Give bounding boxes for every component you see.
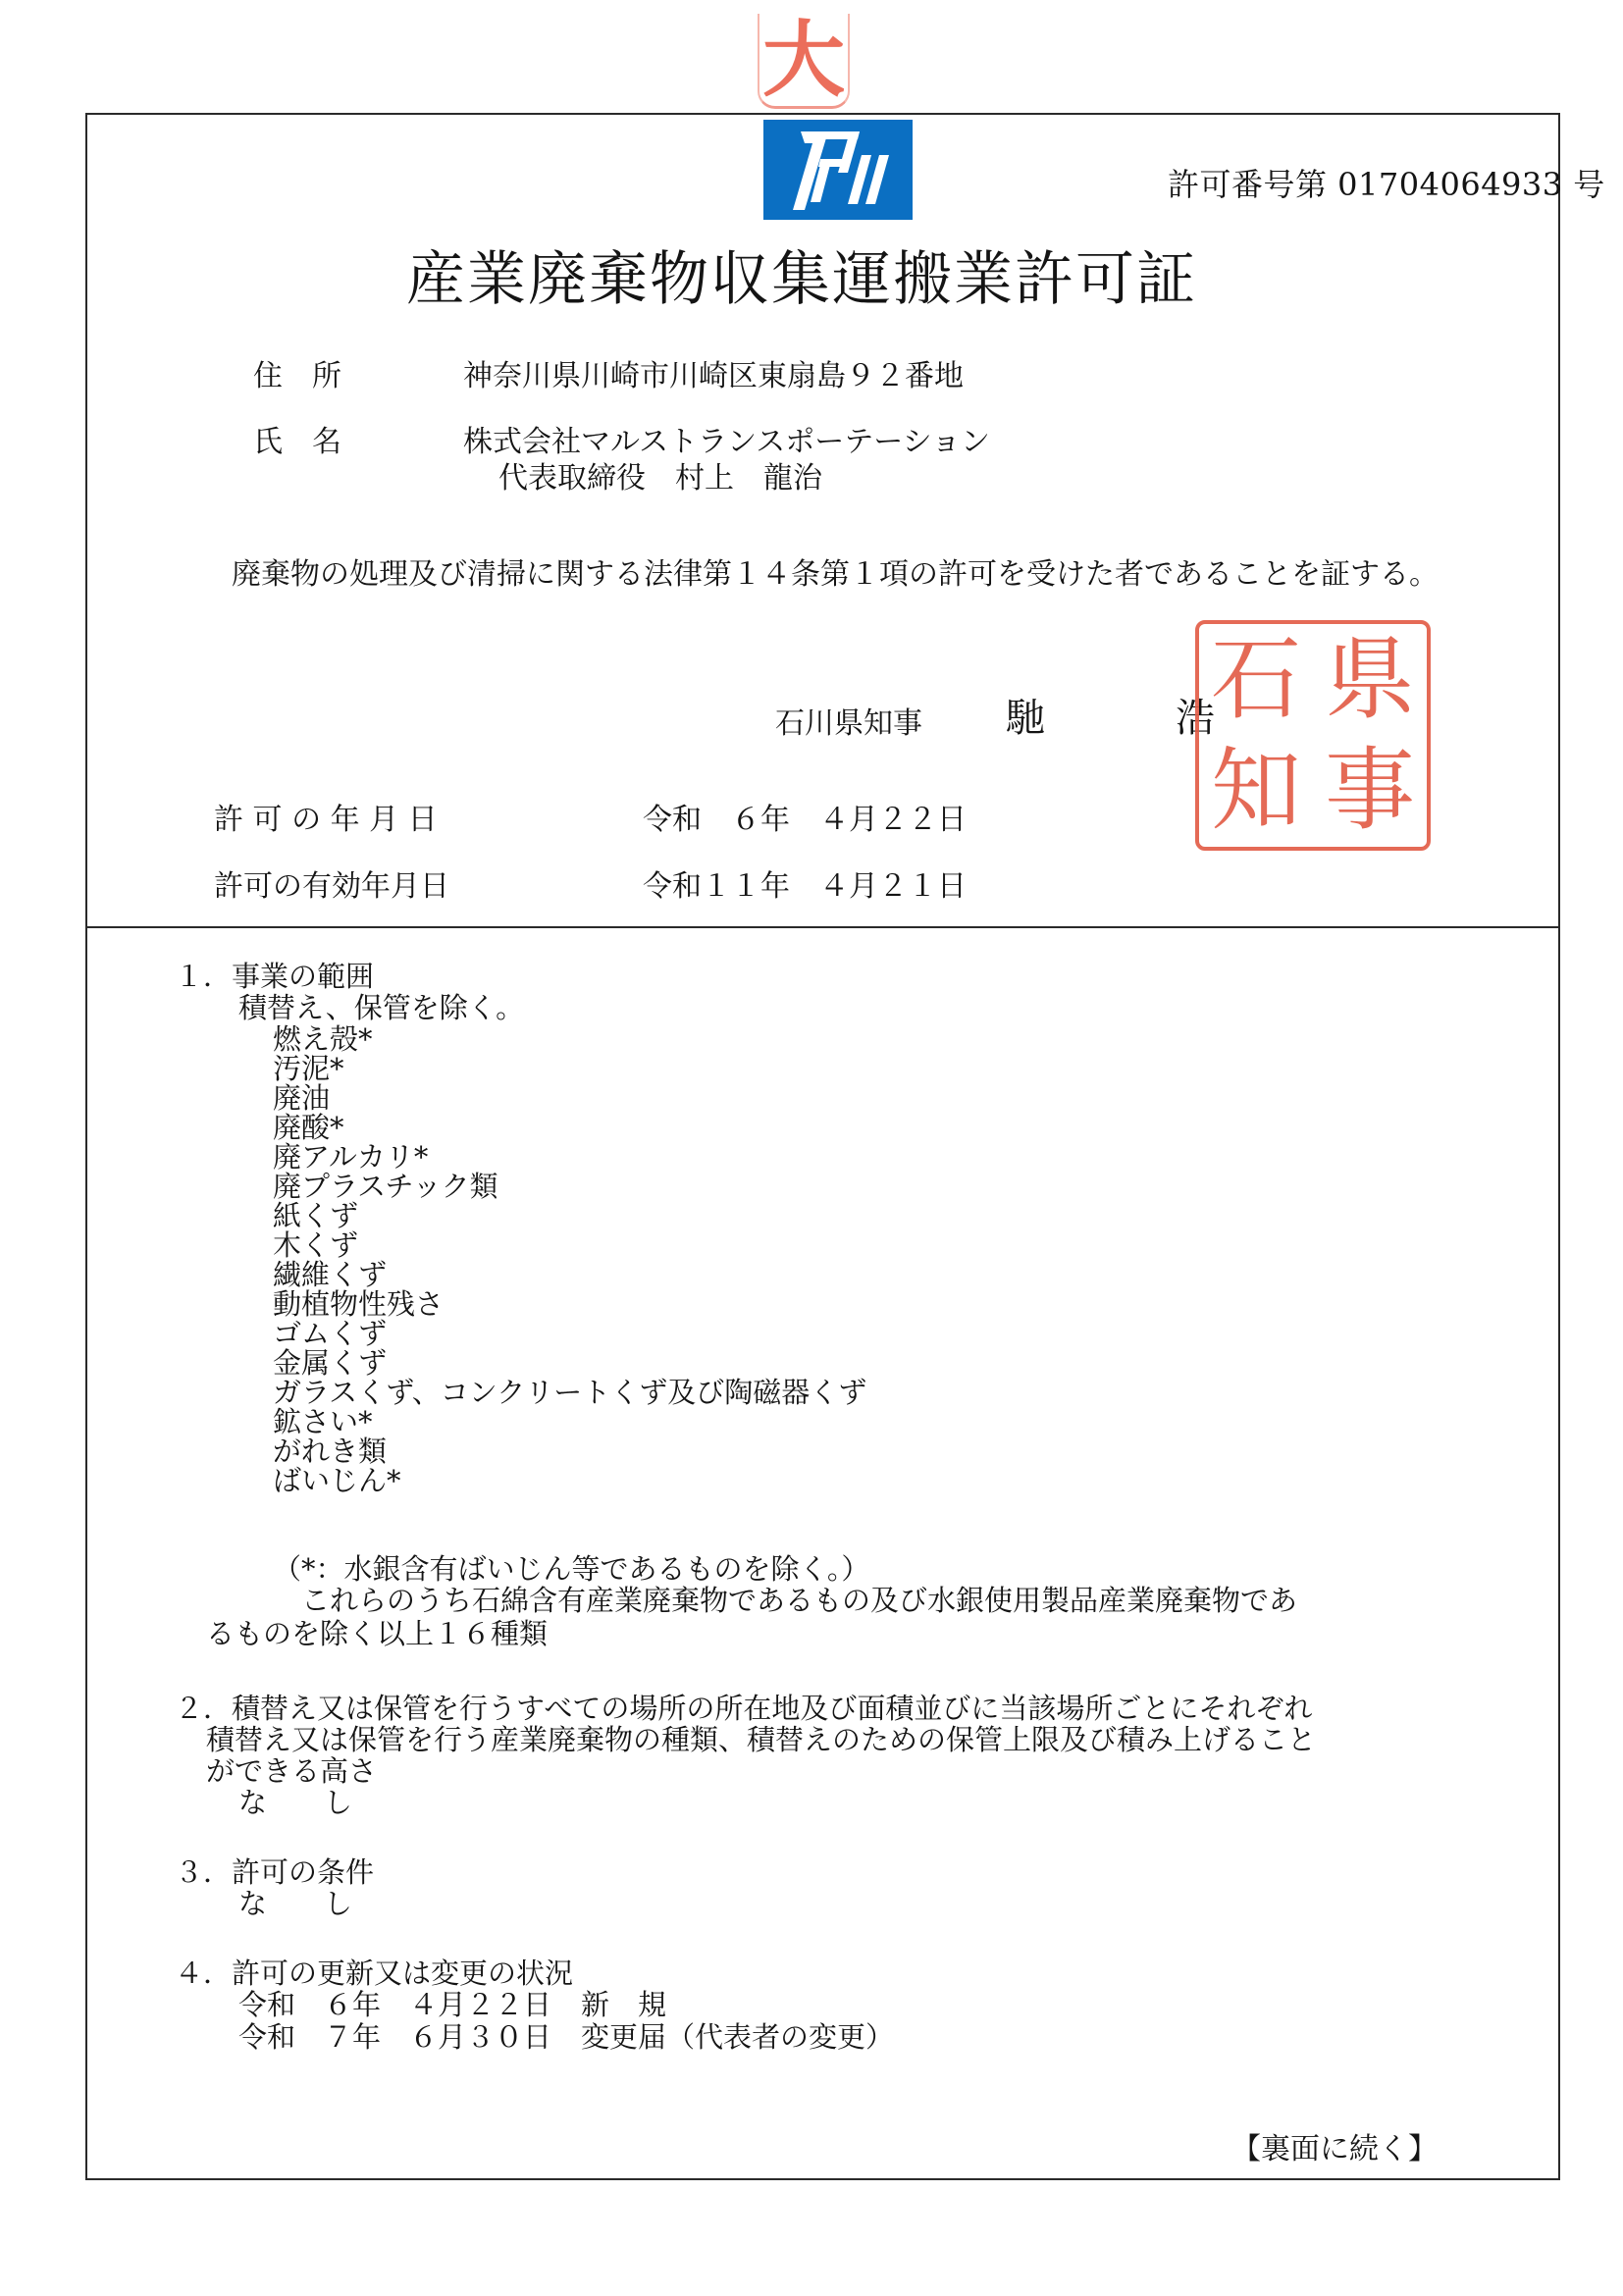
seal-glyph: 石 xyxy=(1199,624,1313,736)
change-history-type: 変更届（代表者の変更） xyxy=(581,2022,894,2052)
list-item: 廃油 xyxy=(273,1083,866,1113)
issuer-title: 石川県知事 xyxy=(775,699,922,742)
list-item: ゴムくず xyxy=(273,1319,866,1348)
section-2-value: な し xyxy=(238,1788,352,1817)
section-1-heading: １．事業の範囲 xyxy=(175,962,374,991)
list-item: 木くず xyxy=(273,1230,866,1260)
section-2-heading-line3: ができる高さ xyxy=(206,1756,377,1786)
address-label: 住 所 xyxy=(253,351,341,394)
governor-seal-stamp: 石 県 知 事 xyxy=(1195,620,1431,851)
list-item: 燃え殻* xyxy=(273,1024,866,1054)
seal-glyph: 知 xyxy=(1199,736,1313,848)
change-history-type: 新 規 xyxy=(581,1990,666,2019)
prefecture-emblem-logo xyxy=(763,120,913,220)
waste-type-list: 燃え殻* 汚泥* 廃油 廃酸* 廃アルカリ* 廃プラスチック類 紙くず 木くず … xyxy=(273,1024,866,1495)
seal-glyph: 県 xyxy=(1313,624,1427,736)
list-item: 金属くず xyxy=(273,1348,866,1378)
list-item: 動植物性残さ xyxy=(273,1289,866,1319)
list-item: 廃酸* xyxy=(273,1113,866,1142)
name-label: 氏 名 xyxy=(253,417,341,460)
permit-number: 許可番号第 01704064933 号 xyxy=(1168,160,1605,205)
list-item: ガラスくず、コンクリートくず及び陶磁器くず xyxy=(273,1378,866,1407)
change-history-date: 令和 ６年 ４月２２日 xyxy=(238,1990,551,2019)
issued-date-value: 令和 ６年 ４月２２日 xyxy=(643,795,967,838)
document-title: 産業廃棄物収集運搬業許可証 xyxy=(406,233,1197,317)
issuer-name-first: 馳 xyxy=(1006,687,1045,743)
list-item: ばいじん* xyxy=(273,1466,866,1495)
list-item: 廃プラスチック類 xyxy=(273,1172,866,1201)
list-item: 繊維くず xyxy=(273,1260,866,1289)
address-value: 神奈川県川崎市川崎区東扇島９２番地 xyxy=(463,351,964,394)
list-item: がれき類 xyxy=(273,1436,866,1466)
certification-statement: 廃棄物の処理及び清掃に関する法律第１４条第１項の許可を受けた者であることを証する… xyxy=(232,549,1439,593)
list-item: 廃アルカリ* xyxy=(273,1142,866,1172)
top-seal-stamp: 大 xyxy=(758,14,850,109)
section-1-footnote: （*：水銀含有ばいじん等であるものを除く。） xyxy=(273,1554,869,1584)
section-3-value: な し xyxy=(238,1889,352,1918)
section-1-note-line2: るものを除く以上１６種類 xyxy=(206,1619,548,1648)
change-history-date: 令和 ７年 ６月３０日 xyxy=(238,2022,551,2052)
section-1-note-line1: これらのうち石綿含有産業廃棄物であるもの及び水銀使用製品産業廃棄物であ xyxy=(273,1586,1297,1615)
issued-date-label: 許 可 の 年 月 日 xyxy=(214,795,438,838)
list-item: 紙くず xyxy=(273,1201,866,1230)
list-item: 鉱さい* xyxy=(273,1407,866,1436)
section-1-subheading: 積替え、保管を除く。 xyxy=(238,993,524,1022)
section-2-heading-line2: 積替え又は保管を行う産業廃棄物の種類、積替えのための保管上限及び積み上げること xyxy=(206,1725,1316,1754)
section-2-heading-line1: ２．積替え又は保管を行うすべての場所の所在地及び面積並びに当該場所ごとにそれぞれ xyxy=(175,1694,1312,1723)
seal-glyph: 事 xyxy=(1313,736,1427,848)
representative-name: 代表取締役 村上 龍治 xyxy=(498,453,822,496)
continued-on-back-note: 【裏面に続く】 xyxy=(1231,2124,1438,2167)
list-item: 汚泥* xyxy=(273,1054,866,1083)
section-divider xyxy=(85,926,1560,928)
emblem-icon xyxy=(763,120,913,220)
section-4-heading: ４．許可の更新又は変更の状況 xyxy=(175,1958,573,1988)
expiry-date-value: 令和１１年 ４月２１日 xyxy=(643,861,967,905)
expiry-date-label: 許可の有効年月日 xyxy=(214,861,449,905)
section-3-heading: ３．許可の条件 xyxy=(175,1857,374,1887)
